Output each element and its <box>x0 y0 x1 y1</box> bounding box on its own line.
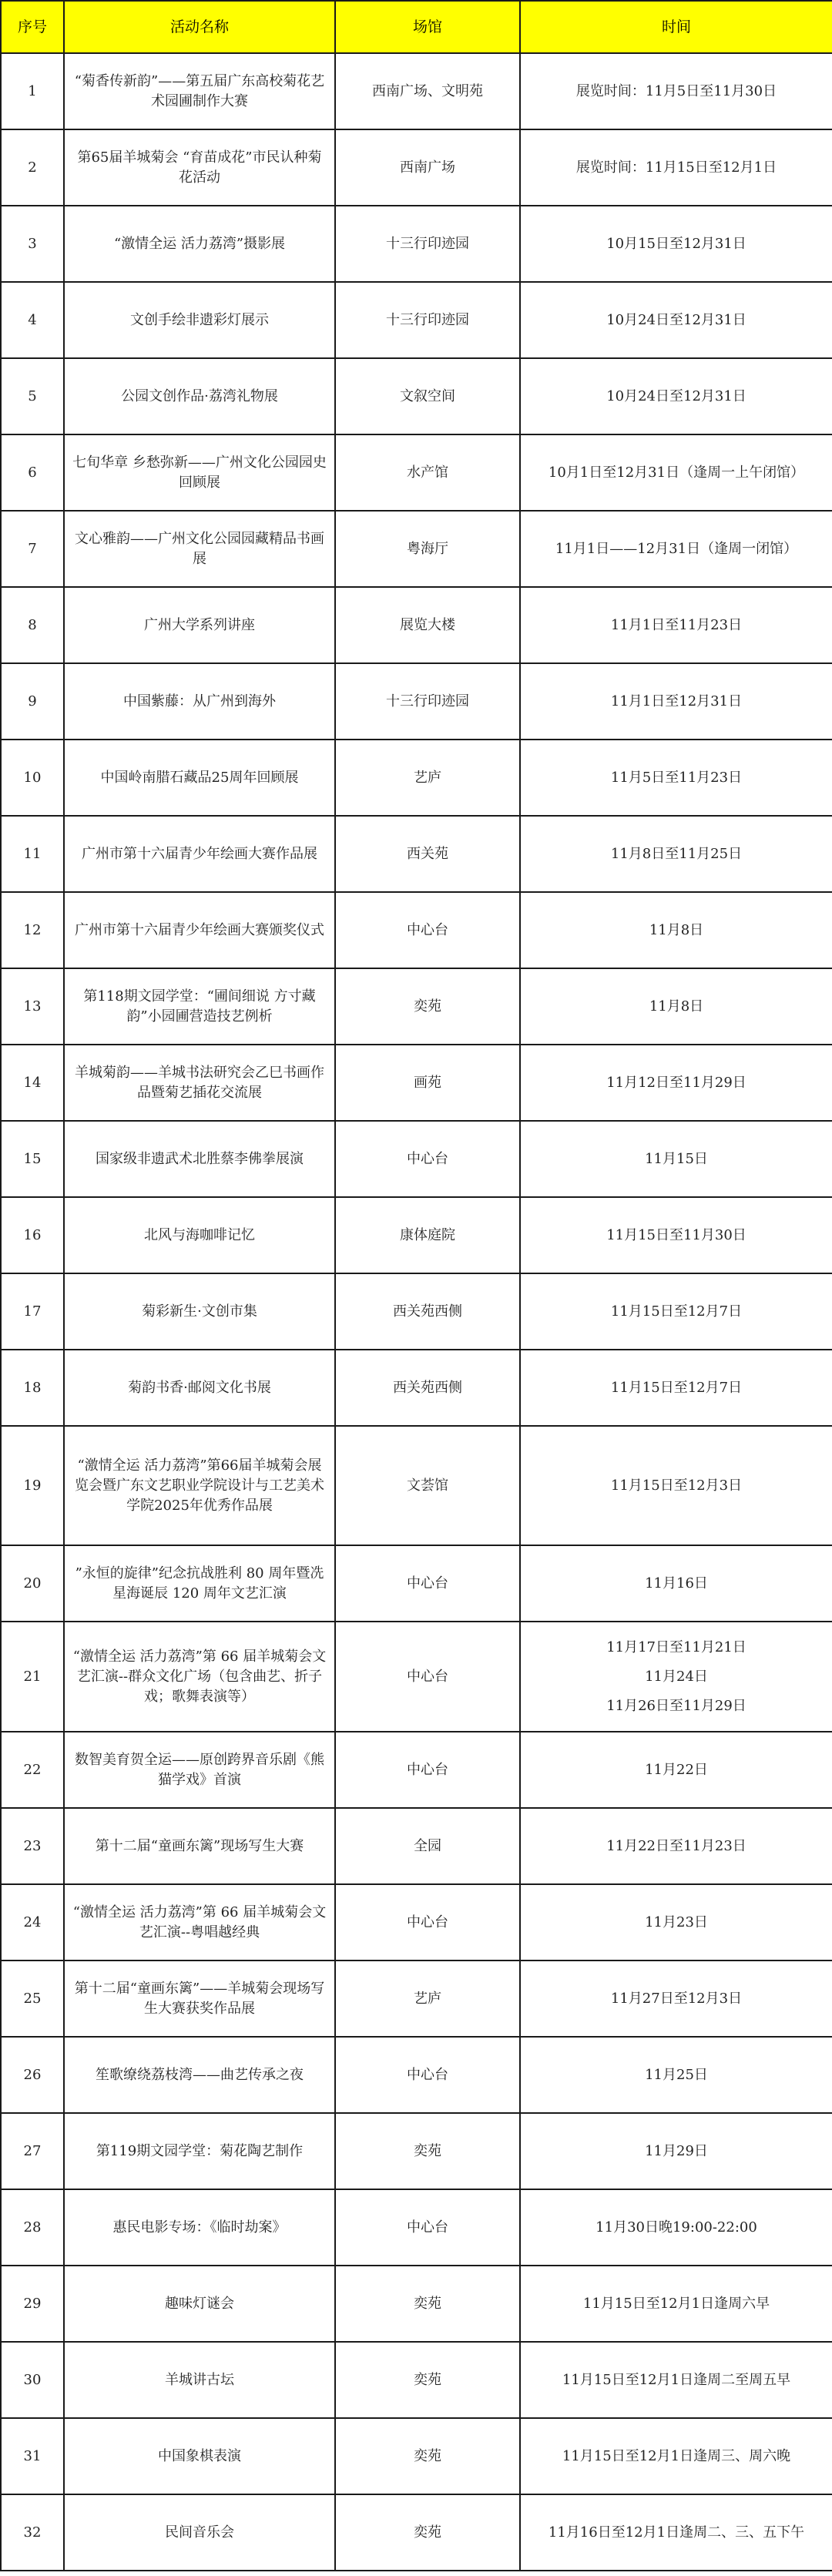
row-index: 29 <box>1 2266 64 2342</box>
table-row: 10中国岭南腊石藏品25周年回顾展艺庐11月5日至11月23日 <box>1 740 832 816</box>
event-time: 11月22日 <box>520 1732 832 1808</box>
event-venue: 西关苑西侧 <box>335 1273 520 1350</box>
event-name: 第119期文园学堂：菊花陶艺制作 <box>64 2113 335 2189</box>
event-venue: 奕苑 <box>335 2418 520 2494</box>
row-index: 1 <box>1 53 64 129</box>
event-time: 11月12日至11月29日 <box>520 1045 832 1121</box>
event-time: 10月24日至12月31日 <box>520 358 832 434</box>
event-name: “激情全运 活力荔湾”第66届羊城菊会展览会暨广东文艺职业学院设计与工艺美术学院… <box>64 1426 335 1545</box>
event-name: 菊彩新生·文创市集 <box>64 1273 335 1350</box>
header-venue: 场馆 <box>335 1 520 53</box>
table-row: 5公园文创作品·荔湾礼物展文叙空间10月24日至12月31日 <box>1 358 832 434</box>
event-time: 11月8日 <box>520 892 832 968</box>
events-table: 序号 活动名称 场馆 时间 1“菊香传新韵”——第五届广东高校菊花艺术园圃制作大… <box>0 0 832 2571</box>
event-name: 第十二届“童画东篱”——羊城菊会现场写生大赛获奖作品展 <box>64 1961 335 2037</box>
event-venue: 全园 <box>335 1808 520 1884</box>
event-time-line: 11月26日至11月29日 <box>528 1696 824 1716</box>
table-row: 16北风与海咖啡记忆康体庭院11月15日至11月30日 <box>1 1197 832 1273</box>
row-index: 6 <box>1 434 64 511</box>
event-time: 11月15日至12月1日逢周三、周六晚 <box>520 2418 832 2494</box>
table-row: 32民间音乐会奕苑11月16日至12月1日逢周二、三、五下午 <box>1 2494 832 2571</box>
event-venue: 十三行印迹园 <box>335 206 520 282</box>
row-index: 24 <box>1 1884 64 1961</box>
event-name: 中国紫藤：从广州到海外 <box>64 663 335 740</box>
row-index: 13 <box>1 968 64 1045</box>
event-time: 11月1日至12月31日 <box>520 663 832 740</box>
event-time: 11月15日至12月1日逢周六早 <box>520 2266 832 2342</box>
table-row: 2第65届羊城菊会 “育苗成花”市民认种菊花活动西南广场展览时间：11月15日至… <box>1 129 832 206</box>
event-venue: 中心台 <box>335 1732 520 1808</box>
event-time: 11月23日 <box>520 1884 832 1961</box>
event-time: 11月15日至12月1日逢周二至周五早 <box>520 2342 832 2418</box>
row-index: 18 <box>1 1350 64 1426</box>
table-row: 20”永恒的旋律”纪念抗战胜利 80 周年暨冼星海诞辰 120 周年文艺汇演中心… <box>1 1545 832 1622</box>
table-row: 6七旬华章 乡愁弥新——广州文化公园园史回顾展水产馆10月1日至12月31日（逢… <box>1 434 832 511</box>
event-venue: 奕苑 <box>335 2342 520 2418</box>
event-name: 菊韵书香·邮阅文化书展 <box>64 1350 335 1426</box>
row-index: 10 <box>1 740 64 816</box>
event-time: 11月15日 <box>520 1121 832 1197</box>
event-name: ”永恒的旋律”纪念抗战胜利 80 周年暨冼星海诞辰 120 周年文艺汇演 <box>64 1545 335 1622</box>
event-name: 民间音乐会 <box>64 2494 335 2571</box>
event-time: 10月15日至12月31日 <box>520 206 832 282</box>
table-row: 14羊城菊韵——羊城书法研究会乙巳书画作品暨菊艺插花交流展画苑11月12日至11… <box>1 1045 832 1121</box>
table-row: 3“激情全运 活力荔湾”摄影展十三行印迹园10月15日至12月31日 <box>1 206 832 282</box>
row-index: 22 <box>1 1732 64 1808</box>
row-index: 31 <box>1 2418 64 2494</box>
table-row: 15国家级非遗武术北胜蔡李佛拳展演中心台11月15日 <box>1 1121 832 1197</box>
row-index: 27 <box>1 2113 64 2189</box>
row-index: 15 <box>1 1121 64 1197</box>
event-time: 11月17日至11月21日11月24日11月26日至11月29日 <box>520 1622 832 1732</box>
table-row: 4文创手绘非遗彩灯展示十三行印迹园10月24日至12月31日 <box>1 282 832 358</box>
table-row: 27第119期文园学堂：菊花陶艺制作奕苑11月29日 <box>1 2113 832 2189</box>
event-venue: 奕苑 <box>335 968 520 1045</box>
event-venue: 西南广场、文明苑 <box>335 53 520 129</box>
table-row: 11广州市第十六届青少年绘画大赛作品展西关苑11月8日至11月25日 <box>1 816 832 892</box>
event-venue: 粤海厅 <box>335 511 520 587</box>
table-row: 1“菊香传新韵”——第五届广东高校菊花艺术园圃制作大赛西南广场、文明苑展览时间：… <box>1 53 832 129</box>
event-name: 文心雅韵——广州文化公园园藏精品书画展 <box>64 511 335 587</box>
event-venue: 中心台 <box>335 2189 520 2266</box>
event-time: 11月1日至11月23日 <box>520 587 832 663</box>
event-venue: 西关苑西侧 <box>335 1350 520 1426</box>
event-time: 展览时间：11月5日至11月30日 <box>520 53 832 129</box>
event-time-line: 11月17日至11月21日 <box>528 1638 824 1658</box>
event-venue: 中心台 <box>335 892 520 968</box>
event-name: 国家级非遗武术北胜蔡李佛拳展演 <box>64 1121 335 1197</box>
event-time: 11月16日 <box>520 1545 832 1622</box>
event-venue: 文叙空间 <box>335 358 520 434</box>
table-row: 12广州市第十六届青少年绘画大赛颁奖仪式中心台11月8日 <box>1 892 832 968</box>
row-index: 23 <box>1 1808 64 1884</box>
event-venue: 中心台 <box>335 1121 520 1197</box>
event-time: 10月24日至12月31日 <box>520 282 832 358</box>
table-row: 19“激情全运 活力荔湾”第66届羊城菊会展览会暨广东文艺职业学院设计与工艺美术… <box>1 1426 832 1545</box>
event-time-line: 11月24日 <box>528 1667 824 1687</box>
event-time: 11月1日——12月31日（逢周一闭馆） <box>520 511 832 587</box>
event-venue: 中心台 <box>335 2037 520 2113</box>
event-time: 11月29日 <box>520 2113 832 2189</box>
event-name: 羊城讲古坛 <box>64 2342 335 2418</box>
event-time: 11月22日至11月23日 <box>520 1808 832 1884</box>
row-index: 14 <box>1 1045 64 1121</box>
event-venue: 西南广场 <box>335 129 520 206</box>
row-index: 32 <box>1 2494 64 2571</box>
event-time: 11月30日晚19:00-22:00 <box>520 2189 832 2266</box>
table-row: 22数智美育贺全运——原创跨界音乐剧《熊猫学戏》首演中心台11月22日 <box>1 1732 832 1808</box>
event-venue: 奕苑 <box>335 2113 520 2189</box>
table-row: 18菊韵书香·邮阅文化书展西关苑西侧11月15日至12月7日 <box>1 1350 832 1426</box>
table-header-row: 序号 活动名称 场馆 时间 <box>1 1 832 53</box>
row-index: 20 <box>1 1545 64 1622</box>
table-row: 13第118期文园学堂：“圃间细说 方寸藏韵”小园圃营造技艺例析奕苑11月8日 <box>1 968 832 1045</box>
row-index: 8 <box>1 587 64 663</box>
event-time: 11月5日至11月23日 <box>520 740 832 816</box>
event-venue: 十三行印迹园 <box>335 282 520 358</box>
event-time: 11月15日至12月3日 <box>520 1426 832 1545</box>
event-name: 第65届羊城菊会 “育苗成花”市民认种菊花活动 <box>64 129 335 206</box>
row-index: 16 <box>1 1197 64 1273</box>
table-row: 25第十二届“童画东篱”——羊城菊会现场写生大赛获奖作品展艺庐11月27日至12… <box>1 1961 832 2037</box>
table-row: 26笙歌缭绕荔枝湾——曲艺传承之夜中心台11月25日 <box>1 2037 832 2113</box>
event-name: 中国岭南腊石藏品25周年回顾展 <box>64 740 335 816</box>
header-index: 序号 <box>1 1 64 53</box>
event-time: 展览时间：11月15日至12月1日 <box>520 129 832 206</box>
row-index: 26 <box>1 2037 64 2113</box>
event-name: 公园文创作品·荔湾礼物展 <box>64 358 335 434</box>
event-time: 11月15日至11月30日 <box>520 1197 832 1273</box>
event-time: 11月8日 <box>520 968 832 1045</box>
table-row: 31中国象棋表演奕苑11月15日至12月1日逢周三、周六晚 <box>1 2418 832 2494</box>
event-venue: 水产馆 <box>335 434 520 511</box>
table-row: 29趣味灯谜会奕苑11月15日至12月1日逢周六早 <box>1 2266 832 2342</box>
event-name: 广州大学系列讲座 <box>64 587 335 663</box>
header-time: 时间 <box>520 1 832 53</box>
event-time: 11月15日至12月7日 <box>520 1350 832 1426</box>
event-name: 广州市第十六届青少年绘画大赛作品展 <box>64 816 335 892</box>
event-time: 11月16日至12月1日逢周二、三、五下午 <box>520 2494 832 2571</box>
row-index: 25 <box>1 1961 64 2037</box>
event-time: 11月25日 <box>520 2037 832 2113</box>
event-venue: 中心台 <box>335 1884 520 1961</box>
row-index: 4 <box>1 282 64 358</box>
event-name: 七旬华章 乡愁弥新——广州文化公园园史回顾展 <box>64 434 335 511</box>
row-index: 11 <box>1 816 64 892</box>
event-name: “激情全运 活力荔湾”摄影展 <box>64 206 335 282</box>
event-venue: 文荟馆 <box>335 1426 520 1545</box>
row-index: 30 <box>1 2342 64 2418</box>
event-name: 第十二届“童画东篱”现场写生大赛 <box>64 1808 335 1884</box>
event-name: 北风与海咖啡记忆 <box>64 1197 335 1273</box>
event-venue: 展览大楼 <box>335 587 520 663</box>
event-name: 羊城菊韵——羊城书法研究会乙巳书画作品暨菊艺插花交流展 <box>64 1045 335 1121</box>
row-index: 7 <box>1 511 64 587</box>
table-row: 17菊彩新生·文创市集西关苑西侧11月15日至12月7日 <box>1 1273 832 1350</box>
event-venue: 康体庭院 <box>335 1197 520 1273</box>
event-name: “激情全运 活力荔湾”第 66 届羊城菊会文艺汇演--群众文化广场（包含曲艺、折… <box>64 1622 335 1732</box>
row-index: 5 <box>1 358 64 434</box>
event-venue: 西关苑 <box>335 816 520 892</box>
table-row: 23第十二届“童画东篱”现场写生大赛全园11月22日至11月23日 <box>1 1808 832 1884</box>
event-venue: 中心台 <box>335 1545 520 1622</box>
event-time: 11月27日至12月3日 <box>520 1961 832 2037</box>
event-venue: 艺庐 <box>335 1961 520 2037</box>
event-venue: 艺庐 <box>335 740 520 816</box>
table-row: 28惠民电影专场：《临时劫案》中心台11月30日晚19:00-22:00 <box>1 2189 832 2266</box>
row-index: 17 <box>1 1273 64 1350</box>
event-name: 趣味灯谜会 <box>64 2266 335 2342</box>
event-name: 数智美育贺全运——原创跨界音乐剧《熊猫学戏》首演 <box>64 1732 335 1808</box>
header-event-name: 活动名称 <box>64 1 335 53</box>
event-name: 第118期文园学堂：“圃间细说 方寸藏韵”小园圃营造技艺例析 <box>64 968 335 1045</box>
event-venue: 十三行印迹园 <box>335 663 520 740</box>
table-row: 24“激情全运 活力荔湾”第 66 届羊城菊会文艺汇演--粤唱越经典中心台11月… <box>1 1884 832 1961</box>
event-name: 笙歌缭绕荔枝湾——曲艺传承之夜 <box>64 2037 335 2113</box>
event-name: 广州市第十六届青少年绘画大赛颁奖仪式 <box>64 892 335 968</box>
table-row: 9中国紫藤：从广州到海外十三行印迹园11月1日至12月31日 <box>1 663 832 740</box>
event-name: 文创手绘非遗彩灯展示 <box>64 282 335 358</box>
event-time: 11月15日至12月7日 <box>520 1273 832 1350</box>
event-venue: 奕苑 <box>335 2266 520 2342</box>
event-name: 惠民电影专场：《临时劫案》 <box>64 2189 335 2266</box>
table-row: 7文心雅韵——广州文化公园园藏精品书画展粤海厅11月1日——12月31日（逢周一… <box>1 511 832 587</box>
event-venue: 画苑 <box>335 1045 520 1121</box>
row-index: 21 <box>1 1622 64 1732</box>
row-index: 28 <box>1 2189 64 2266</box>
event-name: “菊香传新韵”——第五届广东高校菊花艺术园圃制作大赛 <box>64 53 335 129</box>
table-row: 30羊城讲古坛奕苑11月15日至12月1日逢周二至周五早 <box>1 2342 832 2418</box>
event-time: 11月8日至11月25日 <box>520 816 832 892</box>
table-row: 8广州大学系列讲座展览大楼11月1日至11月23日 <box>1 587 832 663</box>
table-row: 21“激情全运 活力荔湾”第 66 届羊城菊会文艺汇演--群众文化广场（包含曲艺… <box>1 1622 832 1732</box>
event-name: “激情全运 活力荔湾”第 66 届羊城菊会文艺汇演--粤唱越经典 <box>64 1884 335 1961</box>
event-venue: 中心台 <box>335 1622 520 1732</box>
row-index: 12 <box>1 892 64 968</box>
event-time: 10月1日至12月31日（逢周一上午闭馆） <box>520 434 832 511</box>
row-index: 9 <box>1 663 64 740</box>
row-index: 3 <box>1 206 64 282</box>
event-name: 中国象棋表演 <box>64 2418 335 2494</box>
row-index: 19 <box>1 1426 64 1545</box>
row-index: 2 <box>1 129 64 206</box>
event-venue: 奕苑 <box>335 2494 520 2571</box>
